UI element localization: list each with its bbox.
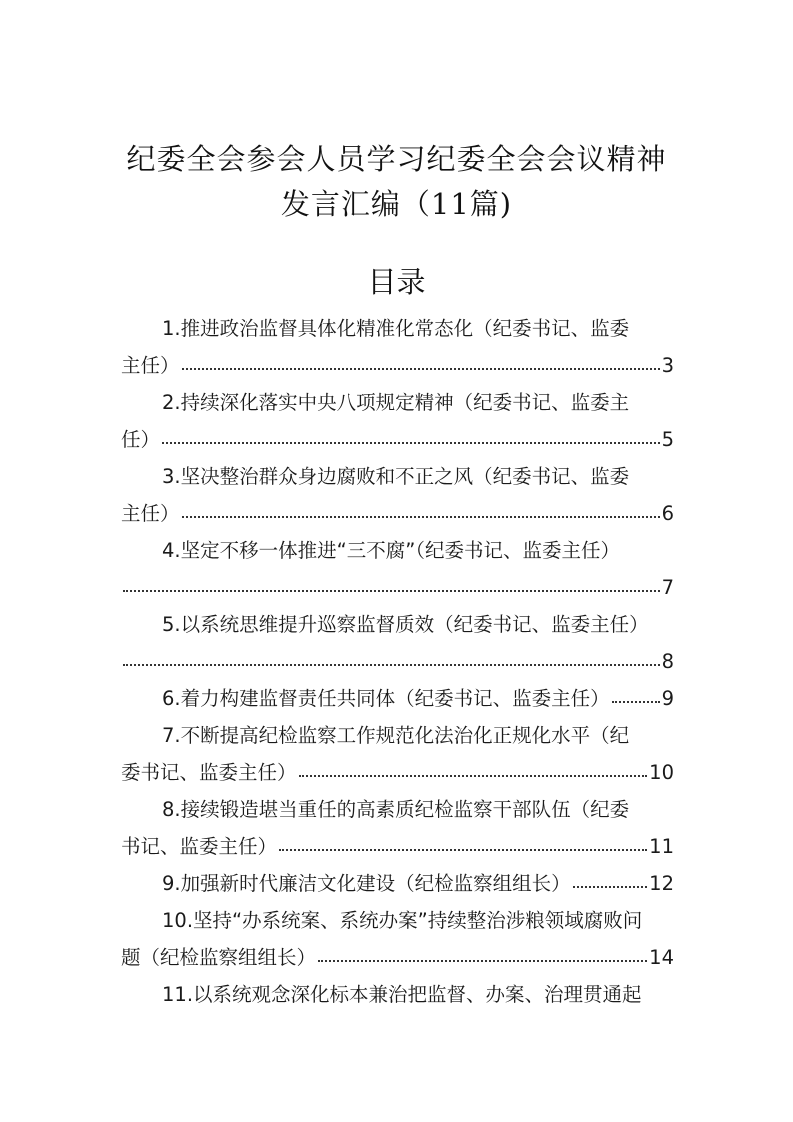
dot-leader — [279, 849, 647, 851]
toc-page-number: 11 — [649, 828, 674, 865]
toc-entry-1-line1[interactable]: 1.推进政治监督具体化精准化常态化（纪委书记、监委 — [121, 310, 674, 347]
toc-entry-6[interactable]: 6.着力构建监督责任共同体（纪委书记、监委主任）9 — [121, 680, 674, 717]
dot-leader — [318, 960, 647, 962]
toc-entry-10-line2[interactable]: 题（纪检监察组组长）14 — [121, 939, 674, 976]
dot-leader — [182, 516, 660, 518]
toc-entry-title: 7.不断提高纪检监察工作规范化法治化正规化水平（纪 — [162, 717, 629, 754]
toc-page-number: 10 — [649, 754, 674, 791]
dot-leader — [162, 442, 660, 444]
toc-entry-9[interactable]: 9.加强新时代廉洁文化建设（纪检监察组组长）12 — [121, 865, 674, 902]
toc-entry-1-line2[interactable]: 主任）3 — [121, 347, 674, 384]
toc-page-number: 3 — [662, 347, 674, 384]
toc-page-number: 14 — [649, 939, 674, 976]
toc-entry-4-line2[interactable]: 7 — [121, 569, 674, 606]
toc-entry-title: 6.着力构建监督责任共同体（纪委书记、监委主任） — [162, 680, 610, 717]
toc-entry-title: 5.以系统思维提升巡察监督质效（纪委书记、监委主任） — [162, 606, 649, 643]
toc-entry-2-line2[interactable]: 任）5 — [121, 421, 674, 458]
toc-entry-title: 4.坚定不移一体推进“三不腐”（纪委书记、监委主任） — [162, 532, 620, 569]
dot-leader — [573, 886, 648, 888]
dot-leader — [299, 775, 648, 777]
toc-entry-title: 8.接续锻造堪当重任的高素质纪检监察干部队伍（纪委 — [162, 791, 629, 828]
toc-entry-5-line2[interactable]: 8 — [121, 643, 674, 680]
toc-entry-10-line1[interactable]: 10.坚持“办系统案、系统办案”持续整治涉粮领域腐败问 — [121, 902, 674, 939]
toc-entry-title-cont: 委书记、监委主任） — [121, 754, 297, 791]
toc-page-number: 12 — [649, 865, 674, 902]
table-of-contents: 1.推进政治监督具体化精准化常态化（纪委书记、监委 主任）3 2.持续深化落实中… — [121, 310, 674, 1013]
toc-entry-title-cont: 任） — [121, 421, 160, 458]
dot-leader — [612, 701, 660, 703]
toc-entry-4-line1[interactable]: 4.坚定不移一体推进“三不腐”（纪委书记、监委主任） — [121, 532, 674, 569]
toc-entry-2-line1[interactable]: 2.持续深化落实中央八项规定精神（纪委书记、监委主 — [121, 384, 674, 421]
toc-entry-3-line1[interactable]: 3.坚决整治群众身边腐败和不正之风（纪委书记、监委 — [121, 458, 674, 495]
document-title-line1: 纪委全会参会人员学习纪委全会会议精神 — [0, 137, 793, 181]
toc-heading: 目录 — [0, 262, 793, 302]
dot-leader — [182, 368, 660, 370]
toc-entry-11-line1[interactable]: 11.以系统观念深化标本兼治把监督、办案、治理贯通起 — [121, 976, 674, 1013]
toc-entry-7-line2[interactable]: 委书记、监委主任）10 — [121, 754, 674, 791]
toc-entry-title: 2.持续深化落实中央八项规定精神（纪委书记、监委主 — [162, 384, 629, 421]
toc-entry-title: 11.以系统观念深化标本兼治把监督、办案、治理贯通起 — [162, 976, 642, 1013]
toc-page-number: 6 — [662, 495, 674, 532]
toc-page-number: 8 — [662, 643, 674, 680]
toc-entry-title-cont: 书记、监委主任） — [121, 828, 277, 865]
dot-leader — [123, 664, 660, 666]
toc-page-number: 7 — [662, 569, 674, 606]
toc-entry-title-cont: 主任） — [121, 495, 180, 532]
toc-entry-title: 3.坚决整治群众身边腐败和不正之风（纪委书记、监委 — [162, 458, 629, 495]
toc-entry-7-line1[interactable]: 7.不断提高纪检监察工作规范化法治化正规化水平（纪 — [121, 717, 674, 754]
toc-entry-title-cont: 题（纪检监察组组长） — [121, 939, 316, 976]
toc-entry-5-line1[interactable]: 5.以系统思维提升巡察监督质效（纪委书记、监委主任） — [121, 606, 674, 643]
dot-leader — [123, 590, 660, 592]
toc-entry-title: 1.推进政治监督具体化精准化常态化（纪委书记、监委 — [162, 310, 629, 347]
toc-entry-title: 10.坚持“办系统案、系统办案”持续整治涉粮领域腐败问 — [162, 902, 642, 939]
toc-entry-title: 9.加强新时代廉洁文化建设（纪检监察组组长） — [162, 865, 571, 902]
toc-entry-8-line1[interactable]: 8.接续锻造堪当重任的高素质纪检监察干部队伍（纪委 — [121, 791, 674, 828]
document-title-line2: 发言汇编（11篇) — [0, 182, 793, 226]
toc-page-number: 9 — [662, 680, 674, 717]
toc-entry-title-cont: 主任） — [121, 347, 180, 384]
toc-entry-3-line2[interactable]: 主任）6 — [121, 495, 674, 532]
toc-page-number: 5 — [662, 421, 674, 458]
toc-entry-8-line2[interactable]: 书记、监委主任）11 — [121, 828, 674, 865]
